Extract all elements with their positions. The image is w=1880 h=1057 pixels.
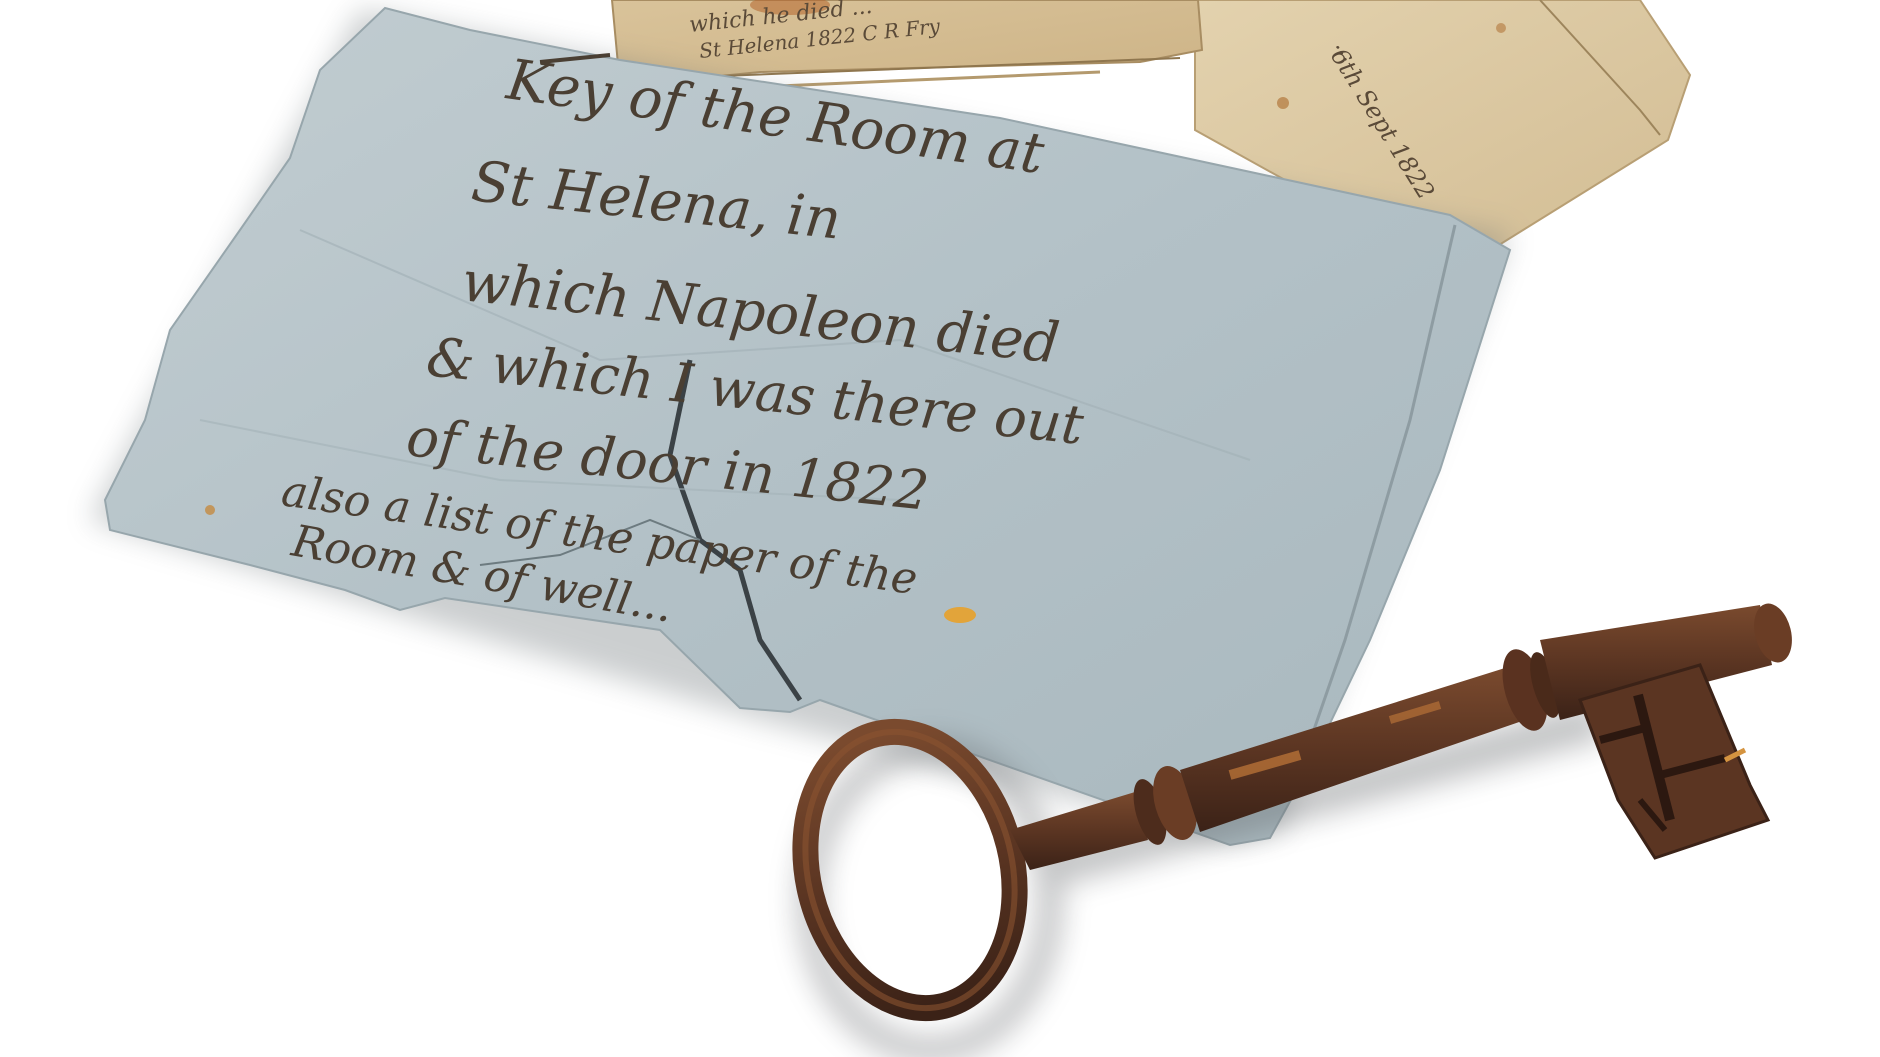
photo-scene: ... 6th Sept 1822 which he died ... St H… — [0, 0, 1880, 1057]
photo-canvas: ... 6th Sept 1822 which he died ... St H… — [0, 0, 1880, 1057]
